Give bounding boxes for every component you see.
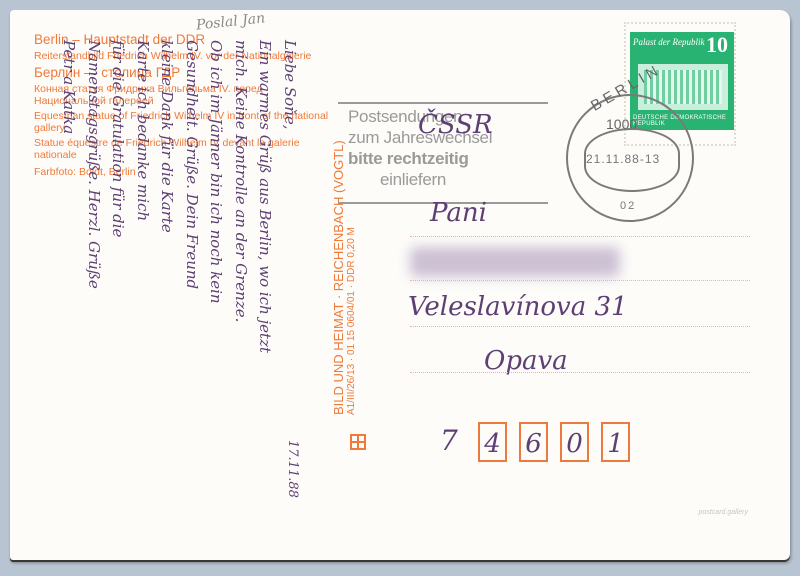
letter-line: Ein warmes Grüß aus Berlin, wo ich jetzt (253, 40, 278, 540)
stamp-value: 10 (706, 32, 728, 58)
top-pencil-note: Poslal Jan (195, 10, 265, 33)
stamp-title: Palast der Republik (633, 37, 705, 47)
destination-country-note: ČSSR (418, 110, 493, 140)
zip-digit: 6 (525, 429, 542, 459)
publisher-logo-icon (350, 434, 366, 450)
address-line (410, 372, 750, 373)
letter-line: mich. Keine Kontrolle an der Grenze. (229, 40, 254, 540)
zip-box: 6 (519, 422, 548, 462)
handwritten-letter: Liebe Soňe, Ein warmes Grüß aus Berlin, … (32, 40, 302, 540)
address-line (410, 236, 750, 237)
slogan-line: einliefern (348, 169, 538, 190)
letter-line: Karte ich bedanke mich (131, 40, 156, 540)
zip-box: 0 (560, 422, 589, 462)
zip-digit: 1 (607, 429, 624, 459)
address-line (410, 326, 750, 327)
zip-digit: 4 (484, 429, 501, 459)
slogan-line: bitte rechtzeitig (348, 148, 538, 169)
publisher-name: BILD UND HEIMAT · REICHENBACH (VOGTL) (332, 140, 346, 415)
address-line (410, 280, 750, 281)
letter-line: kleine Dank für die Karte (155, 40, 180, 540)
zip-prefix: 7 (440, 424, 458, 457)
address-street: Veleslavínova 31 (408, 292, 628, 322)
letter-date: 17.11.88 (285, 440, 300, 498)
letter-line: Petr a Katka (57, 40, 82, 540)
postal-code-boxes: 4 6 0 1 (478, 422, 630, 462)
letter-line: Namenstagsgrüße. Herzl. Grüße (82, 40, 107, 540)
zip-digit: 0 (566, 429, 583, 459)
zip-box: 4 (478, 422, 507, 462)
letter-line: für die Gratulation für die (106, 40, 131, 540)
addressee-name-blurred (410, 247, 620, 277)
letter-line: Gesundheit. Grüße. Dein Freund (180, 40, 205, 540)
postmark-date: 21.11.88-13 (586, 152, 660, 166)
postmark-code: 02 (620, 200, 636, 212)
watermark: postcard.gallery (699, 509, 748, 516)
addressee-title: Pani (430, 198, 487, 228)
postmark: BERLIN 1000 21.11.88-13 02 (566, 94, 694, 222)
postcard-back: Poslal Jan Berlin – Hauptstadt der DDR R… (10, 10, 790, 560)
cancel-bar (338, 102, 548, 104)
letter-line: Ob ich im Jänner bin ich noch kein (204, 40, 229, 540)
zip-box: 1 (601, 422, 630, 462)
